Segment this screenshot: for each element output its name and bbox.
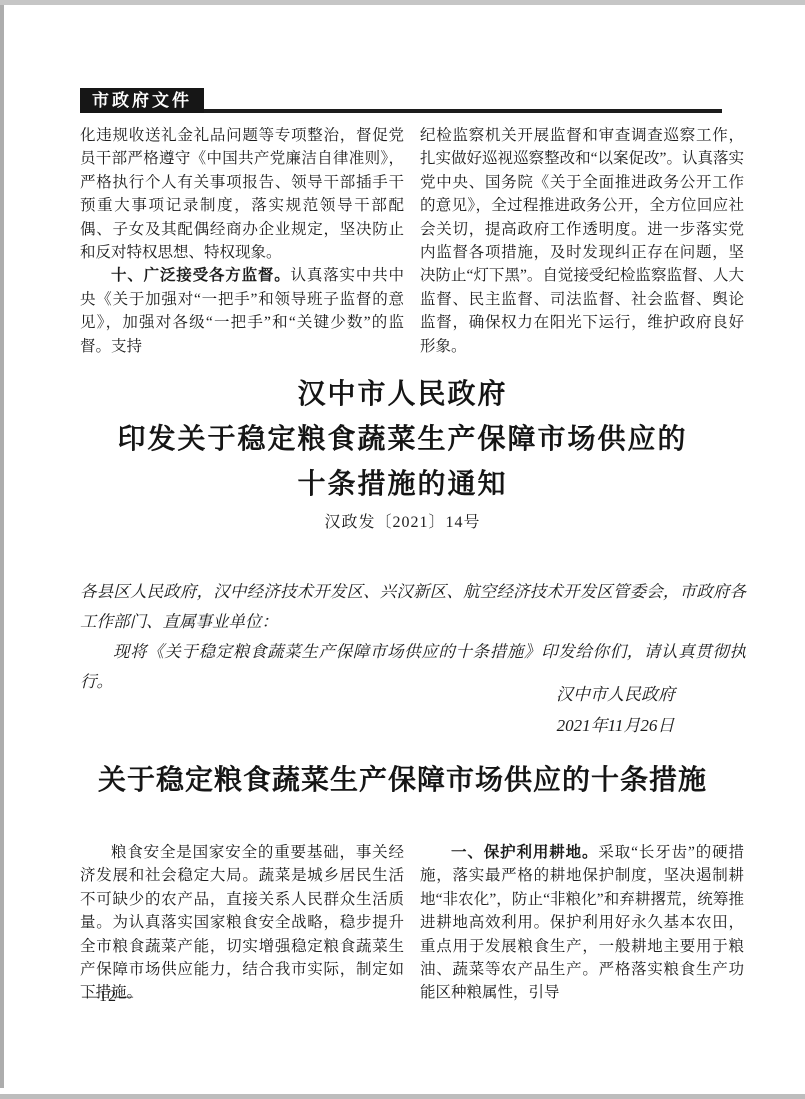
addressee-line: 各县区人民政府，汉中经济技术开发区、兴汉新区、航空经济技术开发区管委会，市政府各… <box>80 577 746 637</box>
continuation-left-paragraph: 化违规收送礼金礼品问题等专项整治，督促党员干部严格遵守《中国共产党廉洁自律准则》… <box>80 124 404 264</box>
measures-columns: 粮食安全是国家安全的重要基础，事关经济发展和社会稳定大局。蔬菜是城乡居民生活不可… <box>80 841 744 1005</box>
scan-edge-bottom <box>0 1094 805 1099</box>
scanned-document-page: 市政府文件 化违规收送礼金礼品问题等专项整治，督促党员干部严格遵守《中国共产党廉… <box>0 0 805 1099</box>
doc-category-label: 市政府文件 <box>80 88 204 113</box>
page-number: —12— <box>82 988 134 1006</box>
continuation-left-column: 化违规收送礼金礼品问题等专项整治，督促党员干部严格遵守《中国共产党廉洁自律准则》… <box>80 124 404 358</box>
continuation-right-column: 纪检监察机关开展监督和审查调查巡察工作，扎实做好巡视巡察整改和“以案促改”。认真… <box>420 124 744 358</box>
item-ten-paragraph: 十、广泛接受各方监督。认真落实中共中央《关于加强对“一把手”和领导班子监督的意见… <box>80 264 404 358</box>
measures-left-column: 粮食安全是国家安全的重要基础，事关经济发展和社会稳定大局。蔬菜是城乡居民生活不可… <box>80 841 404 1005</box>
continuation-columns: 化违规收送礼金礼品问题等专项整治，督促党员干部严格遵守《中国共产党廉洁自律准则》… <box>80 124 744 358</box>
scan-edge-top <box>0 0 805 5</box>
notice-title-line1: 汉中市人民政府 <box>0 372 805 417</box>
measures-title: 关于稳定粮食蔬菜生产保障市场供应的十条措施 <box>0 758 805 798</box>
scan-edge-left <box>0 5 4 1088</box>
continuation-right-paragraph: 纪检监察机关开展监督和审查调查巡察工作，扎实做好巡视巡察整改和“以案促改”。认真… <box>420 124 744 358</box>
measure-one-label: 一、保护利用耕地。 <box>451 844 598 861</box>
sign-date: 2021年11月26日 <box>556 710 675 741</box>
item-ten-label: 十、广泛接受各方监督。 <box>111 267 291 284</box>
notice-title-line2: 印发关于稳定粮食蔬菜生产保障市场供应的 <box>0 417 805 462</box>
measures-right-column: 一、保护利用耕地。采取“长牙齿”的硬措施，落实最严格的耕地保护制度，坚决遏制耕地… <box>420 841 744 1005</box>
measure-one-paragraph: 一、保护利用耕地。采取“长牙齿”的硬措施，落实最严格的耕地保护制度，坚决遏制耕地… <box>420 841 744 1005</box>
measures-intro: 粮食安全是国家安全的重要基础，事关经济发展和社会稳定大局。蔬菜是城乡居民生活不可… <box>80 841 404 1005</box>
measure-one-text: 采取“长牙齿”的硬措施，落实最严格的耕地保护制度，坚决遏制耕地“非农化”，防止“… <box>420 844 744 1001</box>
signer-name: 汉中市人民政府 <box>556 679 675 710</box>
notice-title: 汉中市人民政府 印发关于稳定粮食蔬菜生产保障市场供应的 十条措施的通知 <box>0 372 805 507</box>
signature-block: 汉中市人民政府 2021年11月26日 <box>556 679 675 741</box>
notice-title-line3: 十条措施的通知 <box>0 462 805 507</box>
doc-number: 汉政发〔2021〕14号 <box>0 509 805 532</box>
